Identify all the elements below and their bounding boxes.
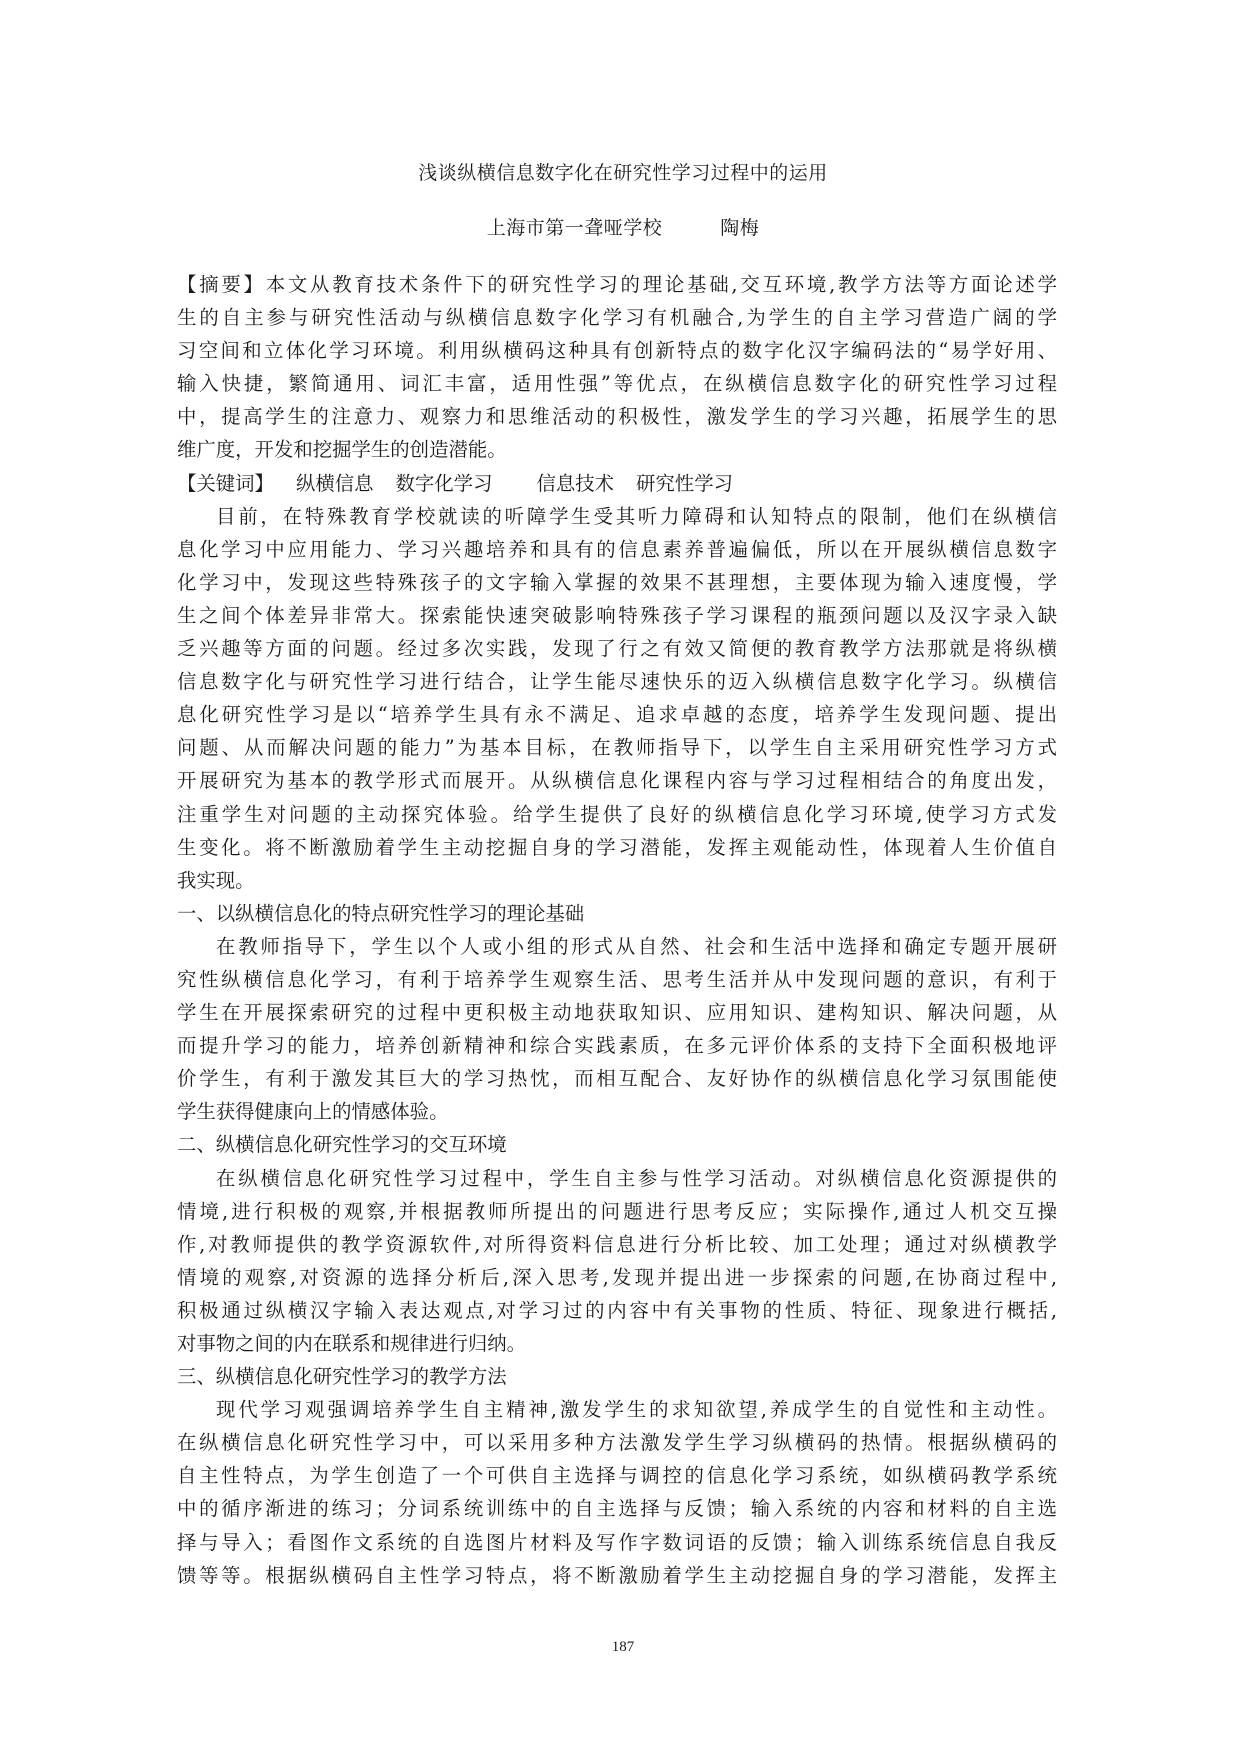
paragraph-line: 情境的观察,对资源的选择分析后,深入思考,发现并提出进一步探索的问题,在协商过程…	[177, 1261, 1057, 1294]
keywords: 【关键词】纵横信息数字化学习信息技术研究性学习	[177, 467, 1057, 500]
paper-body: 【摘要】本文从教育技术条件下的研究性学习的理论基础,交互环境,教学方法等方面论述…	[177, 268, 1057, 1592]
paper-title: 浅谈纵横信息数字化在研究性学习过程中的运用	[0, 158, 1246, 185]
keywords-label: 【关键词】	[177, 472, 274, 495]
paragraph-line: 生变化。将不断激励着学生主动挖掘自身的学习潜能，发挥主观能动性，体现着人生价值自	[177, 831, 1057, 864]
abstract-line: 维广度，开发和挖掘学生的创造潜能。	[177, 433, 1057, 466]
page-number: 187	[0, 1639, 1246, 1656]
document-page: 浅谈纵横信息数字化在研究性学习过程中的运用 上海市第一聋哑学校陶梅 【摘要】本文…	[0, 0, 1246, 1763]
section-3: 三、纵横信息化研究性学习的教学方法 现代学习观强调培养学生自主精神,激发学生的求…	[177, 1360, 1057, 1592]
paragraph-line: 对事物之间的内在联系和规律进行归纳。	[177, 1327, 1057, 1360]
paragraph-line: 择与导入；看图作文系统的自选图片材料及写作字数词语的反馈；输入训练系统信息自我反	[177, 1526, 1057, 1559]
paragraph-line: 学生获得健康向上的情感体验。	[177, 1095, 1057, 1128]
abstract-line: 习空间和立体化学习环境。利用纵横码这种具有创新特点的数字化汉字编码法的“易学好用…	[177, 334, 1057, 367]
paragraph-line: 馈等等。根据纵横码自主性学习特点，将不断激励着学生主动挖掘自身的学习潜能，发挥主	[177, 1559, 1057, 1592]
paragraph-line: 目前，在特殊教育学校就读的听障学生受其听力障碍和认知特点的限制，他们在纵横信	[177, 500, 1057, 533]
paragraph-line: 息化研究性学习是以“培养学生具有永不满足、追求卓越的态度，培养学生发现问题、提出	[177, 698, 1057, 731]
abstract-line: 【摘要】本文从教育技术条件下的研究性学习的理论基础,交互环境,教学方法等方面论述…	[177, 268, 1057, 301]
paragraph-line: 中的循序渐进的练习；分词系统训练中的自主选择与反馈；输入系统的内容和材料的自主选	[177, 1492, 1057, 1525]
abstract: 【摘要】本文从教育技术条件下的研究性学习的理论基础,交互环境,教学方法等方面论述…	[177, 268, 1057, 467]
paragraph-line: 我实现。	[177, 864, 1057, 897]
abstract-line: 输入快捷，繁简通用、词汇丰富，适用性强”等优点，在纵横信息数字化的研究性学习过程	[177, 367, 1057, 400]
paragraph-line: 开展研究为基本的教学形式而展开。从纵横信息化课程内容与学习过程相结合的角度出发，	[177, 764, 1057, 797]
section-1: 一、以纵横信息化的特点研究性学习的理论基础 在教师指导下，学生以个人或小组的形式…	[177, 897, 1057, 1129]
paragraph-line: 学生在开展探索研究的过程中更积极主动地获取知识、应用知识、建构知识、解决问题，从	[177, 996, 1057, 1029]
paragraph-line: 息化学习中应用能力、学习兴趣培养和具有的信息素养普遍偏低，所以在开展纵横信息数字	[177, 533, 1057, 566]
section-2: 二、纵横信息化研究性学习的交互环境 在纵横信息化研究性学习过程中，学生自主参与性…	[177, 1128, 1057, 1360]
paragraph-line: 而提升学习的能力，培养创新精神和综合实践素质，在多元评价体系的支持下全面积极地评	[177, 1029, 1057, 1062]
intro-paragraph: 目前，在特殊教育学校就读的听障学生受其听力障碍和认知特点的限制，他们在纵横信 息…	[177, 500, 1057, 897]
author-name: 陶梅	[720, 217, 759, 239]
keyword: 纵横信息	[296, 472, 374, 495]
author-affiliation: 上海市第一聋哑学校	[487, 217, 663, 239]
paragraph-line: 究性纵横信息化学习，有利于培养学生观察生活、思考生活并从中发现问题的意识，有利于	[177, 963, 1057, 996]
section-heading: 二、纵横信息化研究性学习的交互环境	[177, 1128, 1057, 1161]
paragraph-line: 现代学习观强调培养学生自主精神,激发学生的求知欲望,养成学生的自觉性和主动性。	[177, 1393, 1057, 1426]
paragraph-line: 化学习中，发现这些特殊孩子的文字输入掌握的效果不甚理想，主要体现为输入速度慢，学	[177, 566, 1057, 599]
abstract-line: 中，提高学生的注意力、观察力和思维活动的积极性，激发学生的学习兴趣，拓展学生的思	[177, 400, 1057, 433]
section-heading: 一、以纵横信息化的特点研究性学习的理论基础	[177, 897, 1057, 930]
keyword: 数字化学习	[396, 472, 493, 495]
abstract-line: 生的自主参与研究性活动与纵横信息数字化学习有机融合,为学生的自主学习营造广阔的学	[177, 301, 1057, 334]
paragraph-line: 问题、从而解决问题的能力”为基本目标，在教师指导下，以学生自主采用研究性学习方式	[177, 731, 1057, 764]
paragraph-line: 情境,进行积极的观察,并根据教师所提出的问题进行思考反应；实际操作,通过人机交互…	[177, 1195, 1057, 1228]
paragraph-line: 在纵横信息化研究性学习中，可以采用多种方法激发学生学习纵横码的热情。根据纵横码的	[177, 1426, 1057, 1459]
paragraph-line: 自主性特点，为学生创造了一个可供自主选择与调控的信息化学习系统，如纵横码教学系统	[177, 1459, 1057, 1492]
author-line: 上海市第一聋哑学校陶梅	[0, 213, 1246, 240]
paragraph-line: 在纵横信息化研究性学习过程中，学生自主参与性学习活动。对纵横信息化资源提供的	[177, 1162, 1057, 1195]
paragraph-line: 生之间个体差异非常大。探索能快速突破影响特殊孩子学习课程的瓶颈问题以及汉字录入缺	[177, 599, 1057, 632]
paragraph-line: 作,对教师提供的教学资源软件,对所得资料信息进行分析比较、加工处理；通过对纵横教…	[177, 1228, 1057, 1261]
keyword: 研究性学习	[636, 472, 733, 495]
paragraph-line: 注重学生对问题的主动探究体验。给学生提供了良好的纵横信息化学习环境,使学习方式发	[177, 798, 1057, 831]
paragraph-line: 积极通过纵横汉字输入表达观点,对学习过的内容中有关事物的性质、特征、现象进行概括…	[177, 1294, 1057, 1327]
keyword: 信息技术	[536, 472, 614, 495]
section-heading: 三、纵横信息化研究性学习的教学方法	[177, 1360, 1057, 1393]
paragraph-line: 信息数字化与研究性学习进行结合，让学生能尽速快乐的迈入纵横信息数字化学习。纵横信	[177, 665, 1057, 698]
paragraph-line: 乏兴趣等方面的问题。经过多次实践，发现了行之有效又简便的教育教学方法那就是将纵横	[177, 632, 1057, 665]
paragraph-line: 在教师指导下，学生以个人或小组的形式从自然、社会和生活中选择和确定专题开展研	[177, 930, 1057, 963]
paragraph-line: 价学生，有利于激发其巨大的学习热忱，而相互配合、友好协作的纵横信息化学习氛围能使	[177, 1062, 1057, 1095]
